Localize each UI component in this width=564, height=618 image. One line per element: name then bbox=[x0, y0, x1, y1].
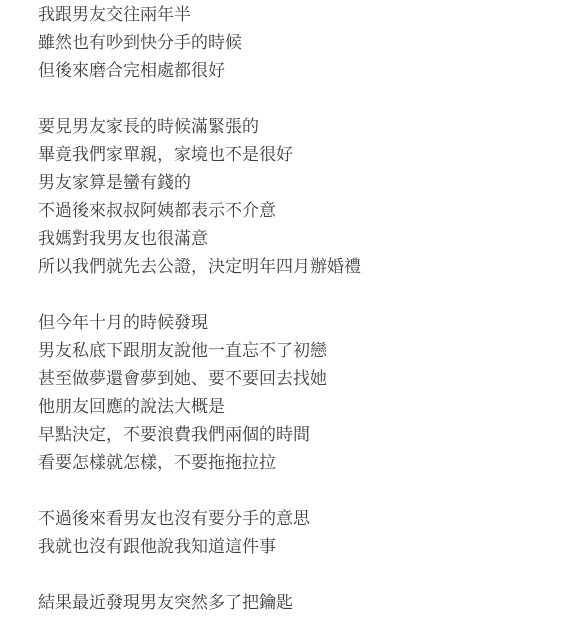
text-line: 所以我們就先去公證，決定明年四月辦婚禮 bbox=[38, 253, 540, 281]
post-body: 我跟男友交往兩年半 雖然也有吵到快分手的時候 但後來磨合完相處都很好 要見男友家… bbox=[0, 0, 564, 617]
text-line: 雖然也有吵到快分手的時候 bbox=[38, 29, 540, 57]
text-line: 我就也沒有跟他說我知道這件事 bbox=[38, 533, 540, 561]
text-line: 但今年十月的時候發現 bbox=[38, 309, 540, 337]
text-line: 要見男友家長的時候滿緊張的 bbox=[38, 113, 540, 141]
text-line: 男友私底下跟朋友說他一直忘不了初戀 bbox=[38, 337, 540, 365]
paragraph: 但今年十月的時候發現 男友私底下跟朋友說他一直忘不了初戀 甚至做夢還會夢到她、要… bbox=[38, 309, 540, 477]
text-line: 男友家算是蠻有錢的 bbox=[38, 169, 540, 197]
text-line: 不過後來叔叔阿姨都表示不介意 bbox=[38, 197, 540, 225]
paragraph: 我跟男友交往兩年半 雖然也有吵到快分手的時候 但後來磨合完相處都很好 bbox=[38, 1, 540, 85]
text-line: 看要怎樣就怎樣，不要拖拖拉拉 bbox=[38, 449, 540, 477]
text-line: 他朋友回應的說法大概是 bbox=[38, 393, 540, 421]
text-line: 但後來磨合完相處都很好 bbox=[38, 57, 540, 85]
text-line: 結果最近發現男友突然多了把鑰匙 bbox=[38, 589, 540, 617]
text-line: 不過後來看男友也沒有要分手的意思 bbox=[38, 505, 540, 533]
paragraph: 要見男友家長的時候滿緊張的 畢竟我們家單親，家境也不是很好 男友家算是蠻有錢的 … bbox=[38, 113, 540, 281]
text-line: 畢竟我們家單親，家境也不是很好 bbox=[38, 141, 540, 169]
text-line: 我跟男友交往兩年半 bbox=[38, 1, 540, 29]
text-line: 我媽對我男友也很滿意 bbox=[38, 225, 540, 253]
paragraph: 不過後來看男友也沒有要分手的意思 我就也沒有跟他說我知道這件事 bbox=[38, 505, 540, 561]
paragraph: 結果最近發現男友突然多了把鑰匙 bbox=[38, 589, 540, 617]
text-line: 早點決定，不要浪費我們兩個的時間 bbox=[38, 421, 540, 449]
text-line: 甚至做夢還會夢到她、要不要回去找她 bbox=[38, 365, 540, 393]
